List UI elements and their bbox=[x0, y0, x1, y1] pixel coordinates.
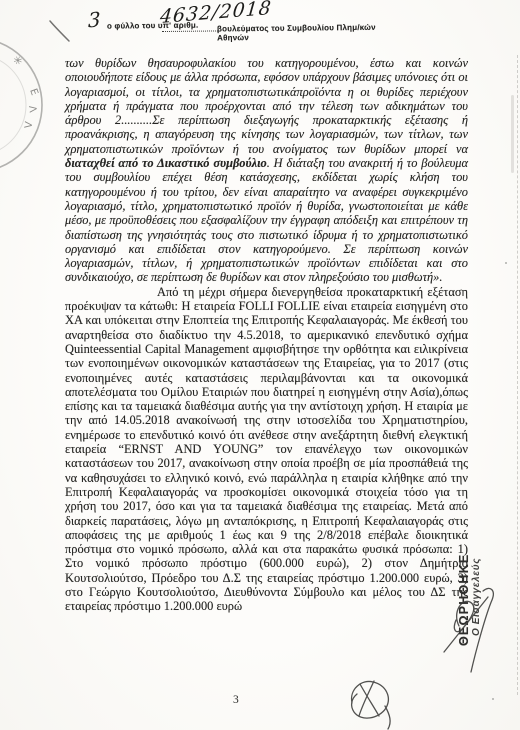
ink-speck bbox=[505, 262, 507, 264]
quote-text-after-bold: . Η διάταξη του ανακριτή ή το βούλευμα τ… bbox=[65, 156, 468, 284]
seal-letter: Ε bbox=[27, 87, 40, 97]
handwritten-sheet-number: 3 bbox=[88, 7, 101, 33]
document-page: 3 ο φύλλο του υπ' αριθμ. 4632/2018 βουλε… bbox=[0, 0, 520, 730]
page-header: 3 ο φύλλο του υπ' αριθμ. 4632/2018 βουλε… bbox=[0, 0, 520, 55]
star-icon: ✳ bbox=[11, 53, 25, 69]
approval-stamp: ΘΕΩΡΗΘΗΚΕ Ο Εισαγγελεύς bbox=[457, 534, 482, 646]
scan-edge-smudge bbox=[511, 95, 514, 173]
seal-inner-ring bbox=[0, 54, 26, 156]
quote-text-before-bold: των θυρίδων θησαυροφυλακίου του κατηγορο… bbox=[65, 56, 468, 156]
seal-letter: Λ bbox=[26, 105, 38, 113]
findings-paragraph: Από τη μέχρι σήμερα διενεργηθείσα προκατ… bbox=[65, 285, 468, 614]
quote-text-bold: διαταχθεί από το Δικαστικό συμβούλιο bbox=[65, 156, 267, 170]
page-number: 3 bbox=[233, 694, 239, 706]
footer-signature-scribble bbox=[352, 681, 389, 718]
approval-stamp-line2: Ο Εισαγγελεύς bbox=[471, 534, 482, 636]
document-body: των θυρίδων θησαυροφυλακίου του κατηγορο… bbox=[65, 56, 468, 614]
ink-speck bbox=[492, 698, 494, 700]
round-seal-partial: ✳ Ε Λ Λ bbox=[0, 40, 60, 185]
approval-stamp-line1: ΘΕΩΡΗΘΗΚΕ bbox=[457, 534, 471, 646]
scan-edge-line bbox=[517, 55, 518, 695]
header-label-after: βουλεύματος του Συμβουλίου Πλημ/κών Αθην… bbox=[217, 23, 387, 43]
footer-signature-scribble bbox=[360, 684, 379, 716]
dotted-fill-line bbox=[162, 30, 218, 32]
footer-signature-scribble bbox=[359, 681, 374, 716]
seal-letter: Λ bbox=[21, 121, 33, 129]
footer-signature-scribble bbox=[385, 706, 390, 729]
quoted-law-paragraph: των θυρίδων θησαυροφυλακίου του κατηγορο… bbox=[65, 56, 468, 285]
